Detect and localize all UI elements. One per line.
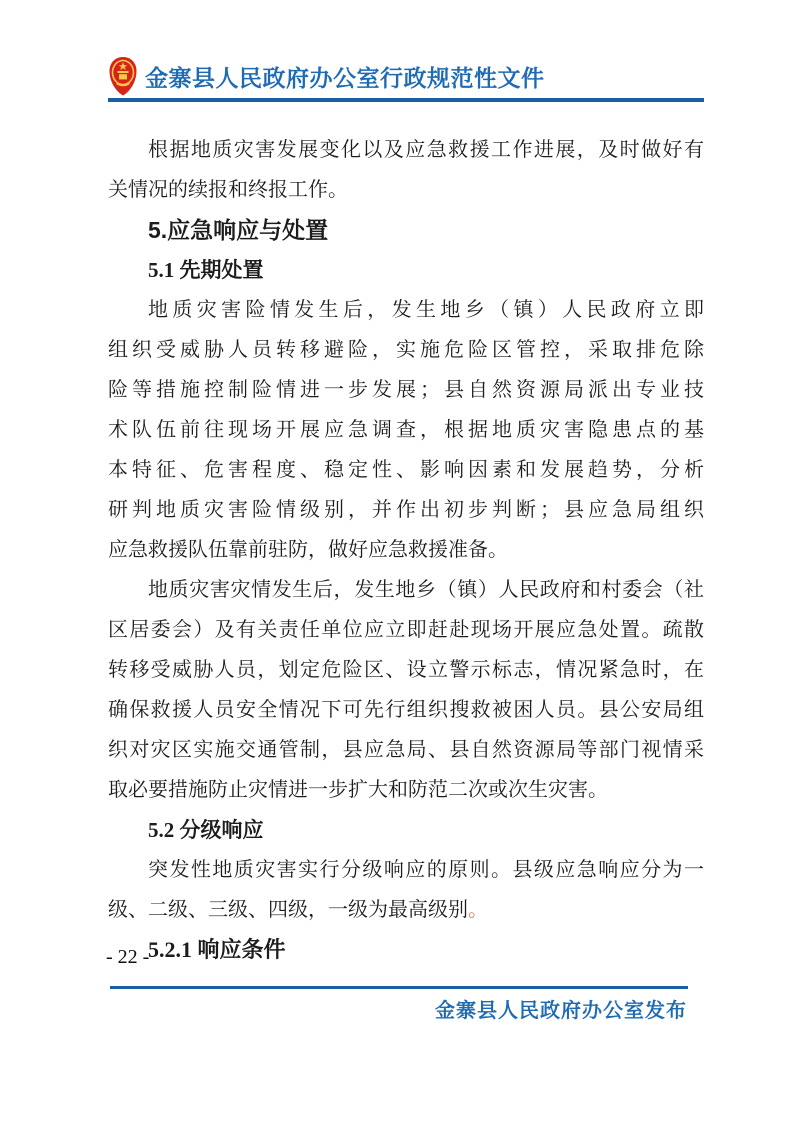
paragraph-line: 取必要措施防止灾情进一步扩大和防范二次或次生灾害。 xyxy=(108,770,704,810)
paragraph-graded-response: 突发性地质灾害实行分级响应的原则。县级应急响应分为一 级、二级、三级、四级，一级… xyxy=(108,850,704,930)
page-content: 金寨县人民政府办公室行政规范性文件 根据地质灾害发展变化以及应急救援工作进展，及… xyxy=(108,0,704,970)
paragraph-disaster-response: 地质灾害灾情发生后，发生地乡（镇）人民政府和村委会（社 区居委会）及有关责任单位… xyxy=(108,570,704,810)
paragraph-line: 组织受威胁人员转移避险，实施危险区管控，采取排危除 xyxy=(108,330,704,370)
paragraph-line: 区居委会）及有关责任单位应立即赶赴现场开展应急处置。疏散 xyxy=(108,610,704,650)
document-header-title: 金寨县人民政府办公室行政规范性文件 xyxy=(145,60,545,93)
red-period: 。 xyxy=(468,899,488,921)
paragraph-danger-response: 地质灾害险情发生后，发生地乡（镇）人民政府立即 组织受威胁人员转移避险，实施危险… xyxy=(108,290,704,570)
document-header: 金寨县人民政府办公室行政规范性文件 xyxy=(108,56,704,102)
header-row: 金寨县人民政府办公室行政规范性文件 xyxy=(108,56,704,96)
paragraph-line: 转移受威胁人员，划定危险区、设立警示标志，情况紧急时，在 xyxy=(108,650,704,690)
paragraph-line-text: 级、二级、三级、四级，一级为最高级别 xyxy=(108,899,468,921)
paragraph-line: 地质灾害险情发生后，发生地乡（镇）人民政府立即 xyxy=(108,290,704,330)
paragraph-line: 险等措施控制险情进一步发展；县自然资源局派出专业技 xyxy=(108,370,704,410)
document-page: 金寨县人民政府办公室行政规范性文件 根据地质灾害发展变化以及应急救援工作进展，及… xyxy=(0,0,793,1122)
paragraph-line: 术队伍前往现场开展应急调查，根据地质灾害隐患点的基 xyxy=(108,410,704,450)
heading-initial-disposal: 5.1 先期处置 xyxy=(108,250,704,290)
paragraph-report: 根据地质灾害发展变化以及应急救援工作进展，及时做好有 关情况的续报和终报工作。 xyxy=(108,130,704,210)
page-number: - 22 - xyxy=(106,946,149,969)
paragraph-line: 织对灾区实施交通管制，县应急局、县自然资源局等部门视情采 xyxy=(108,730,704,770)
paragraph-line: 地质灾害灾情发生后，发生地乡（镇）人民政府和村委会（社 xyxy=(108,570,704,610)
paragraph-line: 根据地质灾害发展变化以及应急救援工作进展，及时做好有 xyxy=(108,130,704,170)
paragraph-line: 关情况的续报和终报工作。 xyxy=(108,170,704,210)
heading-emergency-response: 5.应急响应与处置 xyxy=(108,210,704,250)
paragraph-line: 本特征、危害程度、稳定性、影响因素和发展趋势，分析 xyxy=(108,450,704,490)
heading-response-conditions: 5.2.1 响应条件 xyxy=(108,930,704,970)
paragraph-line: 级、二级、三级、四级，一级为最高级别。 xyxy=(108,890,704,930)
national-emblem-icon xyxy=(108,56,138,96)
heading-graded-response: 5.2 分级响应 xyxy=(108,810,704,850)
footer-rule xyxy=(110,986,688,989)
paragraph-line: 研判地质灾害险情级别，并作出初步判断；县应急局组织 xyxy=(108,490,704,530)
footer-publisher: 金寨县人民政府办公室发布 xyxy=(435,994,687,1023)
paragraph-line: 确保救援人员安全情况下可先行组织搜救被困人员。县公安局组 xyxy=(108,690,704,730)
paragraph-line: 应急救援队伍靠前驻防，做好应急救援准备。 xyxy=(108,530,704,570)
header-rule xyxy=(108,98,704,102)
paragraph-line: 突发性地质灾害实行分级响应的原则。县级应急响应分为一 xyxy=(108,850,704,890)
